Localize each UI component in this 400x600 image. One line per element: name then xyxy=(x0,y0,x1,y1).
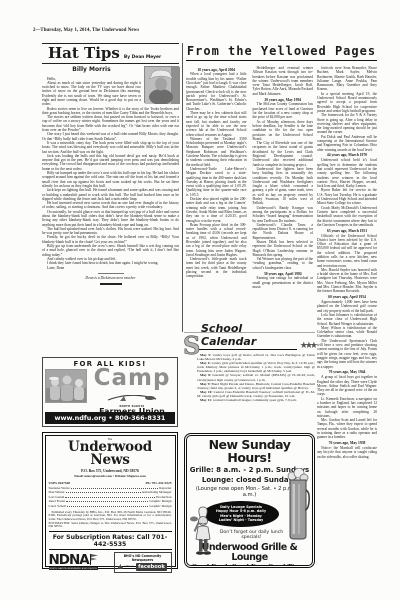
hat-tips-paragraph: Billy got up from underneath the crow’s … xyxy=(42,244,179,257)
yellowed-pages-block: The Underwood Sportsman’s Club will have… xyxy=(317,339,377,369)
grille-lounge-ad: New Sunday Hours! Grille: 8 a.m. - 2 p.m… xyxy=(184,433,315,568)
era-paragraph: As of Monday afternoon, three days befor… xyxy=(253,120,314,141)
masthead-phone: Ph: 701-442-5525 xyxy=(146,481,172,485)
staff-name: Carol Schell xyxy=(49,504,66,508)
masthead-usps-row: USPS #647540 Ph: 701-442-5525 xyxy=(49,481,172,485)
era-heading: 60 years ago, April 1954 xyxy=(317,295,377,299)
camp-word: Camp xyxy=(89,369,175,389)
ad-title: New Sunday Hours! xyxy=(189,439,310,464)
dot-leader xyxy=(66,490,141,493)
specials-line: Ladies’ Night - Tuesday xyxy=(208,518,274,522)
era-paragraph: Coach Marly McDonald’s Underwood Comets … xyxy=(317,206,377,227)
hat-tips-paragraph: He had invented several new swear words … xyxy=(42,201,179,210)
era-heading: 63 years ago, March 1951 xyxy=(317,229,377,233)
yellowed-pages-block: 63 years ago, March 1951 xyxy=(317,229,377,233)
era-paragraph: Mary Wilson is valedictorian of the Cole… xyxy=(317,326,377,339)
hat-tips-column: Hat Tips By Dean Meyer Billy Morris Hell… xyxy=(42,43,179,285)
yellowed-pages-block: Heidelberger and eventual winner Allison… xyxy=(253,66,314,96)
yellowed-pages-block: Winners of the Tastland 3500 Scholarship… xyxy=(186,137,247,167)
school-calendar: S School Calendar ★★★ May 5: varsity boy… xyxy=(184,332,315,402)
era-paragraph: Underwood’s Claudia Taser, a republican … xyxy=(253,223,314,240)
subscription-bar: For Subscription Rates: Call 701-442-553… xyxy=(49,531,172,550)
yellowed-pages-col2: Heidelberger and eventual winner Allison… xyxy=(253,66,314,289)
era-heading: 44 years ago, March 1970 xyxy=(317,153,377,157)
era-paragraph: Lt. Kenneth Enochson, a navigator on a b… xyxy=(317,397,377,418)
era-paragraph: Dockter also placed eighth in the 200-me… xyxy=(186,197,247,223)
era-paragraph: Winners of the Tastland 3500 Scholarship… xyxy=(186,137,247,167)
hat-tips-titlebar: Hat Tips By Dean Meyer xyxy=(42,46,179,64)
billy-morris-photo xyxy=(144,66,179,103)
yellowed-pages-block: Underwood school held it’s local spellin… xyxy=(317,158,377,188)
era-paragraph: The Underwood Sportsman’s Club will have… xyxy=(317,339,377,369)
era-paragraph: In a special meeting April 19, the Under… xyxy=(317,92,377,113)
yellowed-pages-block: Mrs. Gordon Scott and Laurel left for Ta… xyxy=(317,418,377,439)
era-paragraph: Underwood’s fifth-grade math track team … xyxy=(186,257,247,278)
calendar-text: baseball @ Sawyer; softball vs. Mohall (… xyxy=(197,373,315,381)
ndna-logo: NDNA NORTH DAKOTA NEWSPAPER ASSOCIATION xyxy=(49,554,98,570)
school-calendar-header: S School Calendar ★★★ xyxy=(197,335,315,350)
chef-icon xyxy=(189,505,217,562)
calendar-item: May 5: varsity boys golf @ Rolla; softba… xyxy=(197,353,315,361)
yellowed-pages-block: Val Weisner was playing the part of the … xyxy=(253,257,314,270)
yellowed-pages-block: Underwood’s Randy Kruegar was among the … xyxy=(253,206,314,223)
yellowed-pages-block: 20 years ago, May 1994 xyxy=(253,98,314,102)
yellowed-pages-block: Approximately 1,000 trees have been plan… xyxy=(317,300,377,313)
calendar-item: May 11: women’s basketball league; commu… xyxy=(197,398,315,402)
yellowed-pages-block: Lt. Kenneth Enochson, a navigator on a b… xyxy=(317,397,377,418)
yellowed-pages-block: 44 years ago, March 1970 xyxy=(317,153,377,157)
era-heading: 30 years ago, April 1984 xyxy=(253,272,314,276)
hat-tips-title: Hat Tips xyxy=(48,46,120,61)
decorative-s-icon: S xyxy=(183,334,200,358)
author-note: Dean is a Dickinson area rancher xyxy=(42,276,179,280)
yellowed-pages-col1: 10 years ago, April 2004 When a local yo… xyxy=(186,66,247,289)
masthead-title: Underwood News xyxy=(49,441,172,468)
yellowed-pages-col3: festivals were Sean Braunifer, Bruce Buc… xyxy=(317,66,377,459)
stars-icon: ★★★ xyxy=(300,341,315,350)
calendar-item: May 9: Band Night Parade and Dance, Bism… xyxy=(197,382,315,390)
era-paragraph: The City of Riverdale was one of the rec… xyxy=(253,141,314,167)
hat-tips-paragraph: It was a miserable, rainy day. The back … xyxy=(42,141,179,154)
era-paragraph: Officials of the Underwood School Distri… xyxy=(317,234,377,268)
era-paragraph: There may be a few cabinets that still n… xyxy=(186,111,247,137)
camp-ad-right: Camp NORTH DAKOTA Farmers Union xyxy=(89,369,175,416)
flag-icon xyxy=(90,554,98,565)
hat-tips-paragraph: Later, Dean xyxy=(42,266,179,270)
yellowed-pages-block: Underwood’s Claudia Taser, a republican … xyxy=(253,223,314,240)
dot-leader xyxy=(65,495,155,498)
hat-tips-paragraph: One story I just heard this weekend was … xyxy=(42,132,179,141)
hat-tips-paragraph: Jack kept on fighting this bull. He foun… xyxy=(42,188,179,201)
lunch-specials-note: Don’t forget our daily lunch specials! xyxy=(219,530,284,540)
page-header: 2—Thursday, May 1, 2014, The Underwood N… xyxy=(33,28,139,33)
calendar-date: May 11: xyxy=(200,398,212,402)
camp-ad-body: Camp NORTH DAKOTA Farmers Union xyxy=(45,369,175,416)
era-paragraph: Val Weisner was playing the part of the … xyxy=(253,257,314,270)
yellowed-pages-block: Lola Ann Johannes is valedictorian of th… xyxy=(317,313,377,326)
era-paragraph: festivals were Sean Braunifer, Bruce Buc… xyxy=(317,66,377,92)
era-paragraph: Heidelberger and eventual winner Allison… xyxy=(253,66,314,96)
farmers-union-camp-ad: FOR ALL KIDS! Camp xyxy=(42,357,178,427)
yellowed-pages-block: When a local youngster had a little trou… xyxy=(186,72,247,111)
era-paragraph: Notice: the Marshall will confiscate any… xyxy=(317,446,377,459)
era-heading: 20 years ago, May 1994 xyxy=(253,98,314,102)
era-paragraph: Underwood-Turtle Lake-Mercer’s Megan Doc… xyxy=(186,167,247,197)
yellowed-pages-block: Brian Frovarp place third in the 300-met… xyxy=(186,223,247,257)
camp-kids-photo xyxy=(45,369,87,403)
thumbs-up-icon xyxy=(118,564,123,569)
hat-tips-paragraph: Rodeo stories seem to live on forever. W… xyxy=(42,107,179,116)
column-divider xyxy=(182,43,183,332)
postmaster-info: POSTMASTER: Send address changes to The … xyxy=(49,522,172,529)
yellowed-pages-block: Coach Marly McDonald’s Underwood Comets … xyxy=(317,206,377,227)
hat-tips-body: Billy Morris Hello,About as much of rain… xyxy=(42,66,179,270)
yellowed-pages-block: The McLean County Commission has purchas… xyxy=(253,102,314,119)
subscription-line: For Subscription Rates: Call 701-442-553… xyxy=(49,534,172,548)
hat-tips-paragraph: Jack was loading the bulls and this big … xyxy=(42,154,179,171)
era-paragraph: Shawn Dilak has been selected to represe… xyxy=(253,240,314,257)
masthead-address: P.O. Box 575, Underwood, ND 58576 xyxy=(49,469,172,473)
era-paragraph: A group of local boys got together in En… xyxy=(317,375,377,396)
dot-leader xyxy=(71,486,159,489)
facebook-logo: facebook xyxy=(136,563,168,571)
calendar-item: May 6: varsity girls golf individual qua… xyxy=(197,361,315,373)
yellowed-pages-block: Officials of the Underwood School Distri… xyxy=(317,234,377,268)
era-heading: 76 years ago, May 1938 xyxy=(317,441,377,445)
masthead-staff-list: Suzanne Werre Reporter Dan Winter Advert… xyxy=(49,486,172,508)
era-paragraph: Mrs. Harold Snyder was honored with a br… xyxy=(317,268,377,294)
school-calendar-title: School Calendar xyxy=(197,322,297,350)
yellowed-pages-block: Shawn Dilak has been selected to represe… xyxy=(253,240,314,257)
business-tagline: Good Food, Good Fun, Good Times xyxy=(189,564,310,566)
masthead-email: Email: unews@westriv.com • Website: bhgn… xyxy=(49,474,172,478)
era-paragraph: Underwood’s Randy Kruegar was among the … xyxy=(253,206,314,223)
newspaper-page: 2—Thursday, May 1, 2014, The Underwood N… xyxy=(0,0,400,600)
like-us-label: Like us xyxy=(125,565,134,568)
yellowed-pages-block: 60 years ago, April 1954 xyxy=(317,295,377,299)
facebook-box-title: BHG’s ND Community Newspapers xyxy=(117,554,169,562)
hat-tips-paragraph: Billy sat humped up under the crow’s nes… xyxy=(42,171,179,188)
yellowed-pages-block: Pat Dolsk and Paul Anderson will be comp… xyxy=(317,135,377,152)
dot-leader xyxy=(67,504,149,507)
era-heading: 70 years ago, May 1944 xyxy=(317,370,377,374)
yellowed-pages-block: 30 years ago, April 1984 xyxy=(253,272,314,276)
grille-lounge-ad-inner: New Sunday Hours! Grille: 8 a.m. - 2 p.m… xyxy=(186,435,313,566)
yellowed-pages-block: Byron Baker left for service in the U.S.… xyxy=(317,188,377,205)
era-paragraph: Underwood school held it’s local spellin… xyxy=(317,158,377,188)
staff-role: Graphic Design xyxy=(149,504,171,508)
yellowed-pages-block: As of Monday afternoon, three days befor… xyxy=(253,120,314,141)
yellowed-pages-block: There may be a few cabinets that still n… xyxy=(186,111,247,137)
facebook-box: BHG’s ND Community Newspapers Like us fa… xyxy=(114,552,172,573)
era-paragraph: Approximately 1,000 trees have been plan… xyxy=(317,300,377,313)
yellowed-pages-block: A group of local boys got together in En… xyxy=(317,375,377,396)
era-paragraph: Pat Dolsk and Paul Anderson will be comp… xyxy=(317,135,377,152)
era-heading: 10 years ago, April 2004 xyxy=(186,68,247,72)
era-paragraph: When a local youngster had a little trou… xyxy=(186,72,247,111)
calendar-text: varsity boys golf @ Rolla; softball vs. … xyxy=(197,353,315,361)
yellowed-pages-block: Earning star ratings for individual or s… xyxy=(253,276,314,289)
yellowed-pages-block: Underwood-Turtle Lake-Mercer’s Megan Doc… xyxy=(186,167,247,197)
yellowed-pages-block: The City of Riverdale was one of the rec… xyxy=(253,141,314,167)
hat-tips-paragraph: Finally, he got the bucky devil in the c… xyxy=(42,235,179,244)
calendar-item: May 8: baseball @ Sawyer; softball vs. M… xyxy=(197,373,315,381)
dot-leader xyxy=(66,499,148,502)
era-paragraph: Lola Ann Johannes is valedictorian of th… xyxy=(317,313,377,326)
yellowed-pages-block: festivals were Sean Braunifer, Bruce Buc… xyxy=(317,66,377,92)
publisher-info: Published every Thursday by BHG, Inc., P… xyxy=(49,511,172,522)
beer-mug-icon xyxy=(286,468,310,547)
yellowed-pages-block: In a special meeting April 19, the Under… xyxy=(317,92,377,113)
calendar-text: Band Night Parade and Dance, Bismarck; C… xyxy=(197,382,315,390)
hat-tips-byline: By Dean Meyer xyxy=(124,55,161,60)
divider xyxy=(98,273,124,274)
calendar-item: May 10: Central Cass-Enderlin Baseball T… xyxy=(197,390,315,398)
masthead-inner: The Underwood News P.O. Box 575, Underwo… xyxy=(45,435,176,567)
yellowed-pages-block: 76 years ago, May 1938 xyxy=(317,441,377,445)
yellowed-pages-title: From the Yellowed Pages xyxy=(186,44,377,61)
swoosh-icon xyxy=(106,395,158,402)
yellowed-pages-columns: 10 years ago, April 2004 When a local yo… xyxy=(186,66,313,289)
yellowed-pages-block: Mrs. Harold Snyder was honored with a br… xyxy=(317,268,377,294)
staff-row: Carol Schell Graphic Design xyxy=(49,504,172,508)
yellowed-pages-block: Underwood’s fifth-grade math track team … xyxy=(186,257,247,278)
masthead-logos: NDNA NORTH DAKOTA NEWSPAPER ASSOCIATION … xyxy=(49,550,172,573)
calendar-text: varsity girls golf individual qualifier … xyxy=(197,361,315,373)
camp-contact-bar: www.ndfu.org • 800-366-8331 xyxy=(45,412,175,424)
masthead-usps: USPS #647540 xyxy=(49,481,71,485)
era-paragraph: Underwood fire fighters have been busy b… xyxy=(253,167,314,206)
yellowed-pages-block: The framework for the Y & S Variety Stor… xyxy=(317,113,377,134)
yellowed-pages-block: 70 years ago, May 1944 xyxy=(317,370,377,374)
yellowed-pages-block: Dockter also placed eighth in the 200-me… xyxy=(186,197,247,223)
era-paragraph: The framework for the Y & S Variety Stor… xyxy=(317,113,377,134)
ndna-subtitle: NORTH DAKOTA NEWSPAPER ASSOCIATION xyxy=(49,567,98,570)
ndna-letters: NDNA xyxy=(49,554,89,566)
era-paragraph: Brian Frovarp place third in the 300-met… xyxy=(186,223,247,257)
yellowed-pages-block: Notice: the Marshall will confiscate any… xyxy=(317,446,377,459)
era-paragraph: Byron Baker left for service in the U.S.… xyxy=(317,188,377,205)
yellowed-pages-block: 10 years ago, April 2004 xyxy=(186,68,247,72)
era-paragraph: The McLean County Commission has purchas… xyxy=(253,102,314,119)
hat-tips-paragraph: The stories are seldom written down, but… xyxy=(42,115,179,132)
yellowed-pages-block: Underwood fire fighters have been busy b… xyxy=(253,167,314,206)
yellowed-pages-block: Mary Wilson is valedictorian of the Cole… xyxy=(317,326,377,339)
school-calendar-items: May 5: varsity boys golf @ Rolla; softba… xyxy=(197,353,315,402)
calendar-text: women’s basketball league; community ope… xyxy=(213,398,297,402)
end-mark xyxy=(100,283,122,285)
era-paragraph: Earning star ratings for individual or s… xyxy=(253,276,314,289)
era-paragraph: Mrs. Gordon Scott and Laurel left for Ta… xyxy=(317,418,377,439)
hat-tips-paragraph: Occasionally, he would glance over at th… xyxy=(42,210,179,227)
calendar-text: Central Cass-Enderlin Baseball Tourney; … xyxy=(197,390,315,398)
masthead-box: The Underwood News P.O. Box 575, Underwo… xyxy=(42,432,178,569)
